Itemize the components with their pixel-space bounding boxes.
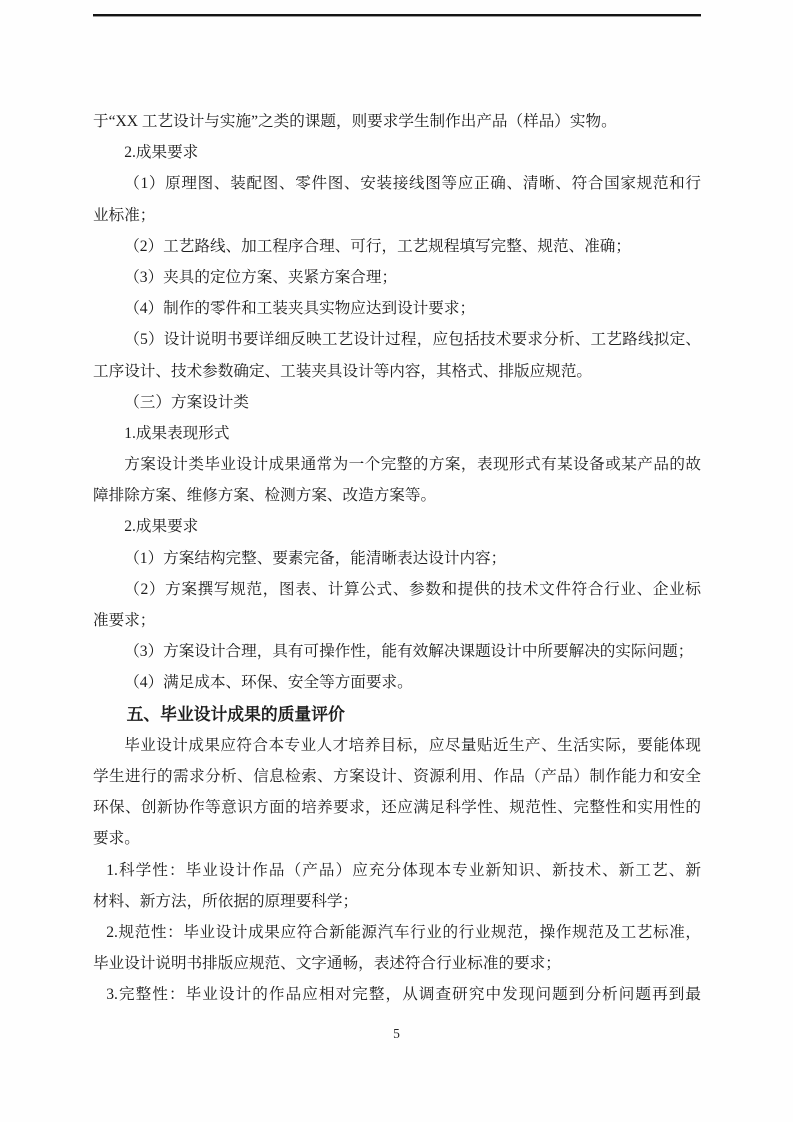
- text-line: （2）方案撰写规范，图表、计算公式、参数和提供的技术文件符合行业、企业标: [93, 574, 701, 605]
- text-line: 1.成果表现形式: [93, 418, 701, 449]
- text-line: 2.规范性：毕业设计成果应符合新能源汽车行业的行业规范，操作规范及工艺标准，: [93, 917, 701, 948]
- text-line: 环保、创新协作等意识方面的培养要求，还应满足科学性、规范性、完整性和实用性的: [93, 792, 701, 823]
- text-line: 毕业设计成果应符合本专业人才培养目标，应尽量贴近生产、生活实际，要能体现: [93, 730, 701, 761]
- text-line: 业标准；: [93, 200, 701, 231]
- document-page: 于“XX 工艺设计与实施”之类的课题，则要求学生制作出产品（样品）实物。 2.成…: [0, 0, 793, 1122]
- text-line: 障排除方案、维修方案、检测方案、改造方案等。: [93, 480, 701, 511]
- header-divider: [93, 14, 701, 16]
- text-line: 方案设计类毕业设计成果通常为一个完整的方案，表现形式有某设备或某产品的故: [93, 449, 701, 480]
- text-line: （5）设计说明书要详细反映工艺设计过程，应包括技术要求分析、工艺路线拟定、: [93, 324, 701, 355]
- text-line: （2）工艺路线、加工程序合理、可行，工艺规程填写完整、规范、准确；: [93, 231, 701, 262]
- text-line: 工序设计、技术参数确定、工装夹具设计等内容，其格式、排版应规范。: [93, 356, 701, 387]
- text-line: 1.科学性：毕业设计作品（产品）应充分体现本专业新知识、新技术、新工艺、新: [93, 855, 701, 886]
- text-line: 2.成果要求: [93, 511, 701, 542]
- text-line: （1）原理图、装配图、零件图、安装接线图等应正确、清晰、符合国家规范和行: [93, 168, 701, 199]
- text-line: （4）制作的零件和工装夹具实物应达到设计要求；: [93, 293, 701, 324]
- text-line: （三）方案设计类: [93, 387, 701, 418]
- text-line: （3）方案设计合理，具有可操作性，能有效解决课题设计中所要解决的实际问题；: [93, 636, 701, 667]
- text-line: 3.完整性：毕业设计的作品应相对完整，从调查研究中发现问题到分析问题再到最: [93, 979, 701, 1010]
- document-body: 于“XX 工艺设计与实施”之类的课题，则要求学生制作出产品（样品）实物。 2.成…: [93, 106, 701, 1010]
- text-line: 材料、新方法，所依据的原理要科学；: [93, 886, 701, 917]
- text-line: 要求。: [93, 823, 701, 854]
- text-line: 学生进行的需求分析、信息检索、方案设计、资源利用、作品（产品）制作能力和安全: [93, 761, 701, 792]
- text-line: 准要求；: [93, 605, 701, 636]
- text-line: （3）夹具的定位方案、夹紧方案合理；: [93, 262, 701, 293]
- text-line: 于“XX 工艺设计与实施”之类的课题，则要求学生制作出产品（样品）实物。: [93, 106, 701, 137]
- page-number: 5: [0, 1026, 793, 1042]
- text-line: 2.成果要求: [93, 137, 701, 168]
- section-heading: 五、毕业设计成果的质量评价: [93, 699, 701, 730]
- text-line: 毕业设计说明书排版应规范、文字通畅，表述符合行业标准的要求；: [93, 948, 701, 979]
- text-line: （4）满足成本、环保、安全等方面要求。: [93, 667, 701, 698]
- text-line: （1）方案结构完整、要素完备，能清晰表达设计内容；: [93, 543, 701, 574]
